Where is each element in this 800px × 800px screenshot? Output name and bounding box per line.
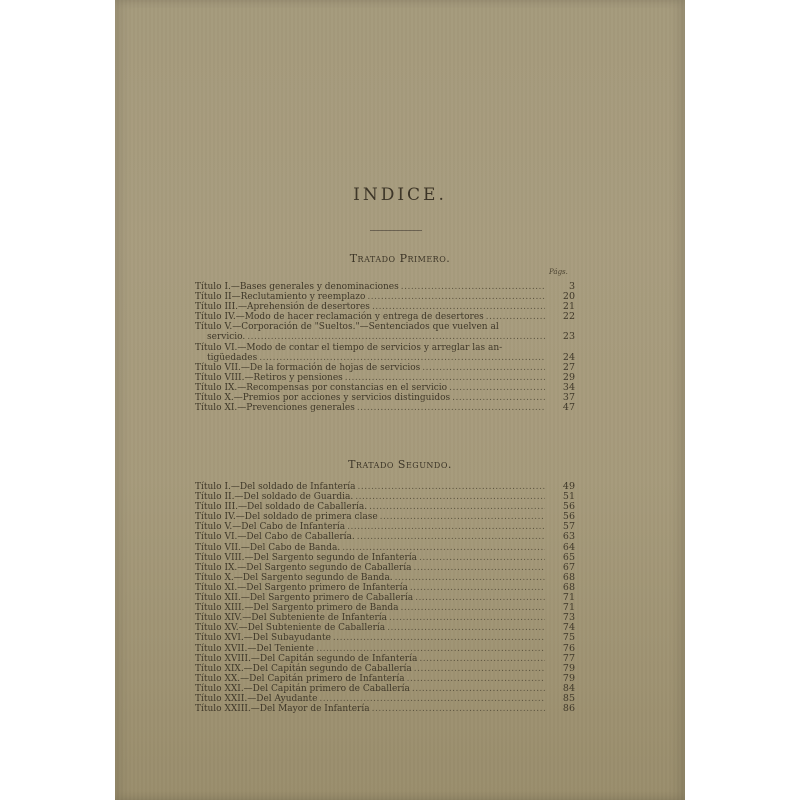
toc-entry: Título XXII.—Del Ayudante85 (195, 694, 547, 704)
toc-entry: Título XI.—Del Sargento primero de Infan… (195, 583, 547, 593)
toc-entry-label: Título XXII.—Del Ayudante (195, 694, 317, 704)
toc-entry: Título II—Reclutamiento y reemplazo20 (195, 292, 547, 302)
toc-entry-label: Título I.—Del soldado de Infantería (195, 482, 356, 492)
toc-entry-label: Título III.—Aprehensión de desertores (195, 302, 370, 312)
dot-leader (389, 613, 545, 623)
toc-entry-label: Título XVII.—Del Teniente (195, 644, 314, 654)
toc-entry: Título XVI.—Del Subayudante75 (195, 633, 547, 643)
toc-entry: Título IV.—Del soldado de primera clase5… (195, 512, 547, 522)
dot-leader (369, 502, 545, 512)
toc-entry-label: Título VII.—De la formación de hojas de … (195, 363, 420, 373)
toc-entry: Título V.—Corporación de "Sueltos."—Sent… (195, 322, 547, 342)
dot-leader (449, 383, 545, 393)
dot-leader (422, 363, 545, 373)
toc-entry-label: Título VII.—Del Cabo de Banda. (195, 543, 340, 553)
dot-leader (407, 674, 545, 684)
section-heading-primero: Tratado Primero. (115, 252, 685, 265)
toc-entry-label: Título XXI.—Del Capitán primero de Cabal… (195, 684, 410, 694)
toc-entry: Título XVIII.—Del Capitán segundo de Inf… (195, 654, 547, 664)
toc-entry: Título XI.—Prevenciones generales47 (195, 403, 547, 413)
dot-leader (412, 684, 545, 694)
toc-entry-label: Título VI.—Modo de contar el tiempo de s… (195, 343, 547, 353)
toc-entry: Título I.—Del soldado de Infantería49 (195, 482, 547, 492)
toc-entry-label: Título III.—Del soldado de Caballería. (195, 502, 367, 512)
dot-leader (345, 373, 545, 383)
toc-entry: Título XXIII.—Del Mayor de Infantería86 (195, 704, 547, 714)
toc-entry-label: Título II.—Del soldado de Guardia. (195, 492, 353, 502)
toc-entry-label: Título IV.—Modo de hacer reclamación y e… (195, 312, 484, 322)
toc-entry-label: Título XII.—Del Sargento primero de Caba… (195, 593, 413, 603)
toc-list-primero: Título I.—Bases generales y denominacion… (195, 282, 547, 413)
toc-entry-label: Título IX.—Del Sargento segundo de Cabal… (195, 563, 411, 573)
dot-leader (357, 532, 545, 542)
toc-entry-page: 23 (547, 332, 575, 342)
toc-entry-label: Título XIX.—Del Capitán segundo de Cabal… (195, 664, 412, 674)
dot-leader (316, 644, 545, 654)
toc-entry-page: 86 (547, 704, 575, 714)
toc-entry-page: 75 (547, 633, 575, 643)
toc-entry: Título XIV.—Del Subteniente de Infanterí… (195, 613, 547, 623)
toc-entry-label: Título V.—Corporación de "Sueltos."—Sent… (195, 322, 547, 332)
toc-entry: Título IX.—Del Sargento segundo de Cabal… (195, 563, 547, 573)
toc-entry-label: Título VIII.—Del Sargento segundo de Inf… (195, 553, 417, 563)
toc-entry-label: Título X.—Del Sargento segundo de Banda. (195, 573, 393, 583)
toc-list-segundo: Título I.—Del soldado de Infantería49Tít… (195, 482, 547, 714)
toc-entry-label: Título VIII.—Retiros y pensiones (195, 373, 343, 383)
toc-entry: Título III.—Aprehensión de desertores21 (195, 302, 547, 312)
toc-entry-label: Título XV.—Del Subteniente de Caballería (195, 623, 385, 633)
toc-entry-continuation: servicio. (207, 332, 245, 342)
dot-leader (419, 553, 545, 563)
toc-entry-label: Título XVIII.—Del Capitán segundo de Inf… (195, 654, 417, 664)
toc-entry: Título XXI.—Del Capitán primero de Cabal… (195, 684, 547, 694)
toc-entry: Título IX.—Recompensas por constancias e… (195, 383, 547, 393)
dot-leader (355, 492, 545, 502)
dot-leader (333, 633, 545, 643)
toc-entry-label: Título IV.—Del soldado de primera clase (195, 512, 378, 522)
dot-leader (357, 403, 545, 413)
toc-entry-label: Título XVI.—Del Subayudante (195, 633, 331, 643)
dot-leader (410, 583, 545, 593)
toc-entry: Título VI.—Modo de contar el tiempo de s… (195, 343, 547, 363)
section-heading-segundo: Tratado Segundo. (115, 458, 685, 471)
dot-leader (259, 353, 545, 363)
dot-leader (387, 623, 545, 633)
toc-entry: Título VII.—Del Cabo de Banda.64 (195, 543, 547, 553)
dot-leader (342, 543, 545, 553)
toc-entry: Título XV.—Del Subteniente de Caballería… (195, 623, 547, 633)
dot-leader (401, 603, 545, 613)
toc-entry: Título VIII.—Del Sargento segundo de Inf… (195, 553, 547, 563)
toc-entry: Título VI.—Del Cabo de Caballería.63 (195, 532, 547, 542)
dot-leader (319, 694, 545, 704)
toc-entry: Título X.—Del Sargento segundo de Banda.… (195, 573, 547, 583)
toc-entry: Título II.—Del soldado de Guardia.51 (195, 492, 547, 502)
dot-leader (380, 512, 545, 522)
dot-leader (395, 573, 545, 583)
toc-entry-page: 22 (547, 312, 575, 322)
toc-entry: Título XX.—Del Capitán primero de Infant… (195, 674, 547, 684)
toc-entry: Título VIII.—Retiros y pensiones29 (195, 373, 547, 383)
toc-entry-label: Título XI.—Prevenciones generales (195, 403, 355, 413)
dot-leader (414, 664, 545, 674)
dot-leader (413, 563, 545, 573)
toc-entry-label: Título XI.—Del Sargento primero de Infan… (195, 583, 408, 593)
toc-entry: Título III.—Del soldado de Caballería.56 (195, 502, 547, 512)
dot-leader (372, 302, 545, 312)
toc-entry: Título X.—Premios por acciones y servici… (195, 393, 547, 403)
toc-entry-label: Título I.—Bases generales y denominacion… (195, 282, 399, 292)
dot-leader (401, 282, 545, 292)
toc-entry: Título XVII.—Del Teniente76 (195, 644, 547, 654)
dot-leader (247, 332, 545, 342)
toc-entry: Título VII.—De la formación de hojas de … (195, 363, 547, 373)
toc-entry-label: Título IX.—Recompensas por constancias e… (195, 383, 447, 393)
toc-entry-label: Título X.—Premios por acciones y servici… (195, 393, 450, 403)
index-title: INDICE. (115, 185, 685, 205)
toc-entry: Título XII.—Del Sargento primero de Caba… (195, 593, 547, 603)
dot-leader (486, 312, 545, 322)
toc-entry: Título I.—Bases generales y denominacion… (195, 282, 547, 292)
dot-leader (367, 292, 545, 302)
toc-entry-page: 47 (547, 403, 575, 413)
toc-entry: Título XIII.—Del Sargento primero de Ban… (195, 603, 547, 613)
toc-entry: Título XIX.—Del Capitán segundo de Cabal… (195, 664, 547, 674)
toc-entry: Título IV.—Modo de hacer reclamación y e… (195, 312, 547, 322)
dot-leader (372, 704, 545, 714)
toc-entry-label: Título XXIII.—Del Mayor de Infantería (195, 704, 370, 714)
dot-leader (419, 654, 545, 664)
dot-leader (415, 593, 545, 603)
dot-leader (358, 482, 545, 492)
toc-entry-label: Título II—Reclutamiento y reemplazo (195, 292, 365, 302)
title-divider (370, 230, 422, 231)
toc-entry-continuation: tigüedades (207, 353, 257, 363)
toc-entry-label: Título VI.—Del Cabo de Caballería. (195, 532, 355, 542)
dot-leader (347, 522, 545, 532)
pages-column-label: Págs. (549, 268, 568, 276)
toc-entry-label: Título XIII.—Del Sargento primero de Ban… (195, 603, 399, 613)
dot-leader (452, 393, 545, 403)
scanned-page: INDICE. Tratado Primero. Págs. Título I.… (115, 0, 685, 800)
toc-entry-label: Título XIV.—Del Subteniente de Infanterí… (195, 613, 387, 623)
toc-entry-label: Título V.—Del Cabo de Infantería (195, 522, 345, 532)
toc-entry: Título V.—Del Cabo de Infantería57 (195, 522, 547, 532)
toc-entry-label: Título XX.—Del Capitán primero de Infant… (195, 674, 405, 684)
